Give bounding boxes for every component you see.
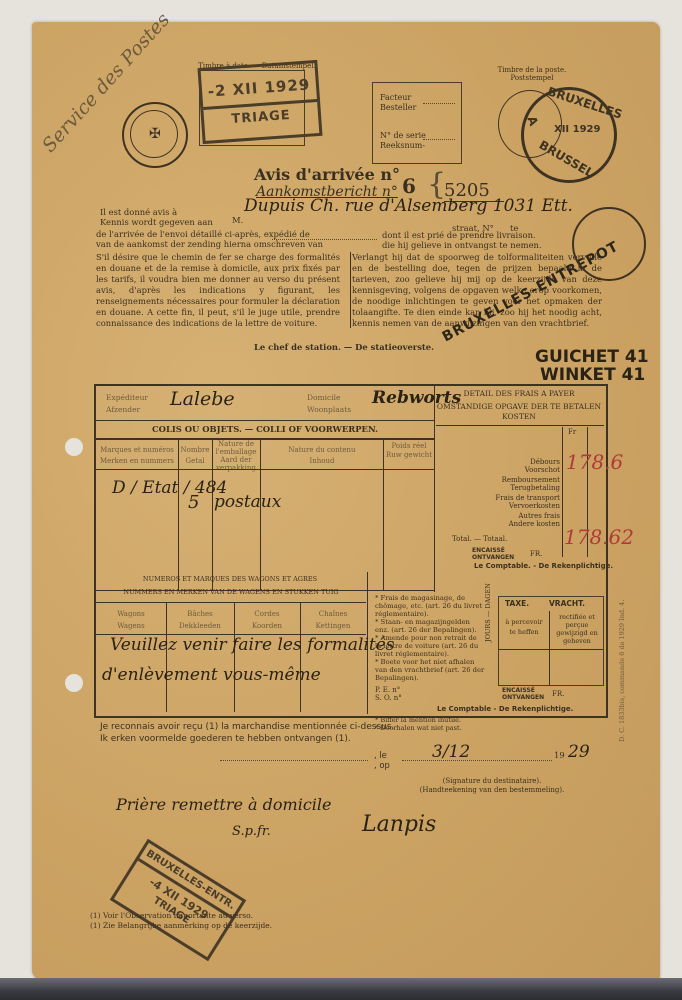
binder-edge [0, 978, 682, 1000]
wagons-note-line2: d'enlèvement vous-même [102, 665, 321, 685]
railway-arrival-notice: Service des Postes ✠ Timbre à date. — Da… [32, 22, 660, 980]
side-print: D. C. 1833bis, commande 6 de 1929 Ind. 4… [618, 600, 626, 742]
receipt-nl: Ik erken voormelde goederen te hebben on… [100, 734, 351, 745]
intro-nl: Kennis wordt gegeven aan [100, 217, 213, 228]
footnote-nl: (1) Zie Belangrijke aanmerking op de kee… [90, 922, 272, 930]
recipient-signature: Lanpis [362, 812, 436, 837]
receipt-year-handwritten: 29 [568, 742, 590, 762]
timbre-poste-label: Timbre de la poste. Poststempel [487, 66, 577, 82]
goods-marks-handwritten: D / Etat / 484 [112, 477, 227, 499]
punch-hole [65, 674, 83, 692]
winket-stamp: WINKET 41 [540, 366, 645, 384]
wagons-note-line1: Veuillez venir faire les formalités [110, 635, 395, 655]
winged-wheel-icon: ✠ [142, 126, 168, 142]
guichet-stamp: GUICHET 41 [535, 348, 649, 366]
entrepot-circular-stamp [572, 207, 646, 281]
goods-section-title: COLIS OU OBJETS. — COLLI OF VOORWERPEN. [96, 424, 434, 435]
footnote-fr: (1) Voir l'Observation importante au ver… [90, 912, 253, 920]
punch-hole [65, 438, 83, 456]
receipt-date-handwritten: 3/12 [432, 742, 470, 762]
taxe-box: TAXE. VRACHT. à percevoir te heffen rect… [498, 596, 604, 686]
triage-date-stamp: -2 XII 1929 TRIAGE [197, 60, 322, 144]
sncb-seal: ✠ [122, 102, 188, 168]
total-value: 178.62 [564, 525, 634, 549]
receipt-fr: Je reconnais avoir reçu (1) la marchandi… [100, 722, 394, 733]
storage-notes: * Frais de magasinage, de chômage, etc. … [375, 594, 485, 682]
title-fr: Avis d'arrivée n° [254, 165, 400, 184]
instructions-fr: S'il désire que le chemin de fer se char… [96, 252, 340, 329]
goods-contents-handwritten: postaux [214, 492, 281, 512]
bruxelles-entrepot-triage-stamp: BRUXELLES-ENTR. -4 XII 1929 TRIAGE [110, 839, 247, 962]
series-number: 6 [402, 174, 416, 198]
debours-value: 178.6 [566, 450, 623, 474]
sender-handwritten: Lalebe [170, 388, 235, 410]
initials-handwritten: S.p.fr. [232, 824, 271, 839]
bruxelles-post-stamp: BRUXELLES A XII 1929 BRUSSEL [521, 87, 617, 183]
recipient-handwritten: Dupuis Ch. rue d'Alsemberg 1031 Ett. [244, 196, 573, 216]
station-chief-signoff: Le chef de station. — De statieoverste. [254, 342, 434, 353]
delivery-note-handwritten: Prière remettre à domicile [116, 795, 331, 814]
facteur-box: Facteur Besteller N° de serie Reeksnum- [372, 82, 462, 164]
arrival-nl: van de aankomst der zending hierna omsch… [96, 239, 323, 250]
goods-count-handwritten: 5 [188, 492, 199, 513]
